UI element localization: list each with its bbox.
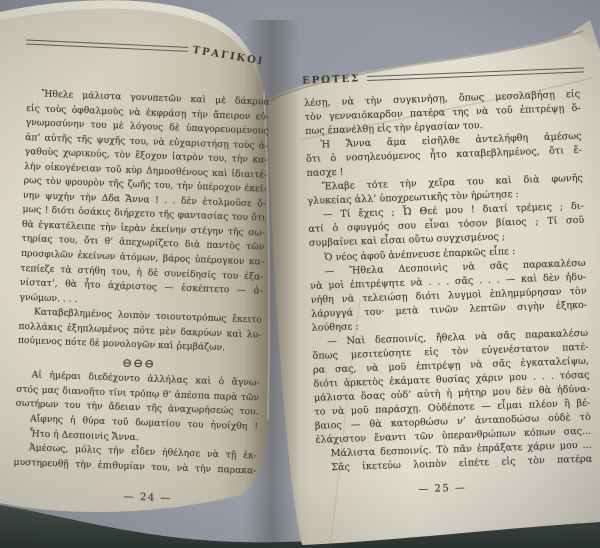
left-page-text: Ἤθελε μάλιστα γονυπετῶν καὶ μὲ δάκρυαεἰς… [13, 87, 270, 479]
open-book-photo: ΤΡΑΓΙΚΟΙ ΕΡΩΤΕΣ Ἤθελε μάλιστα γονυπετῶν … [0, 0, 600, 548]
right-header-title: ΕΡΩΤΕΣ [302, 73, 361, 86]
right-page-text: λέσῃ, νὰ τὴν συγκινήσῃ, ὅπως μεσολαβήσῃ … [304, 88, 592, 476]
